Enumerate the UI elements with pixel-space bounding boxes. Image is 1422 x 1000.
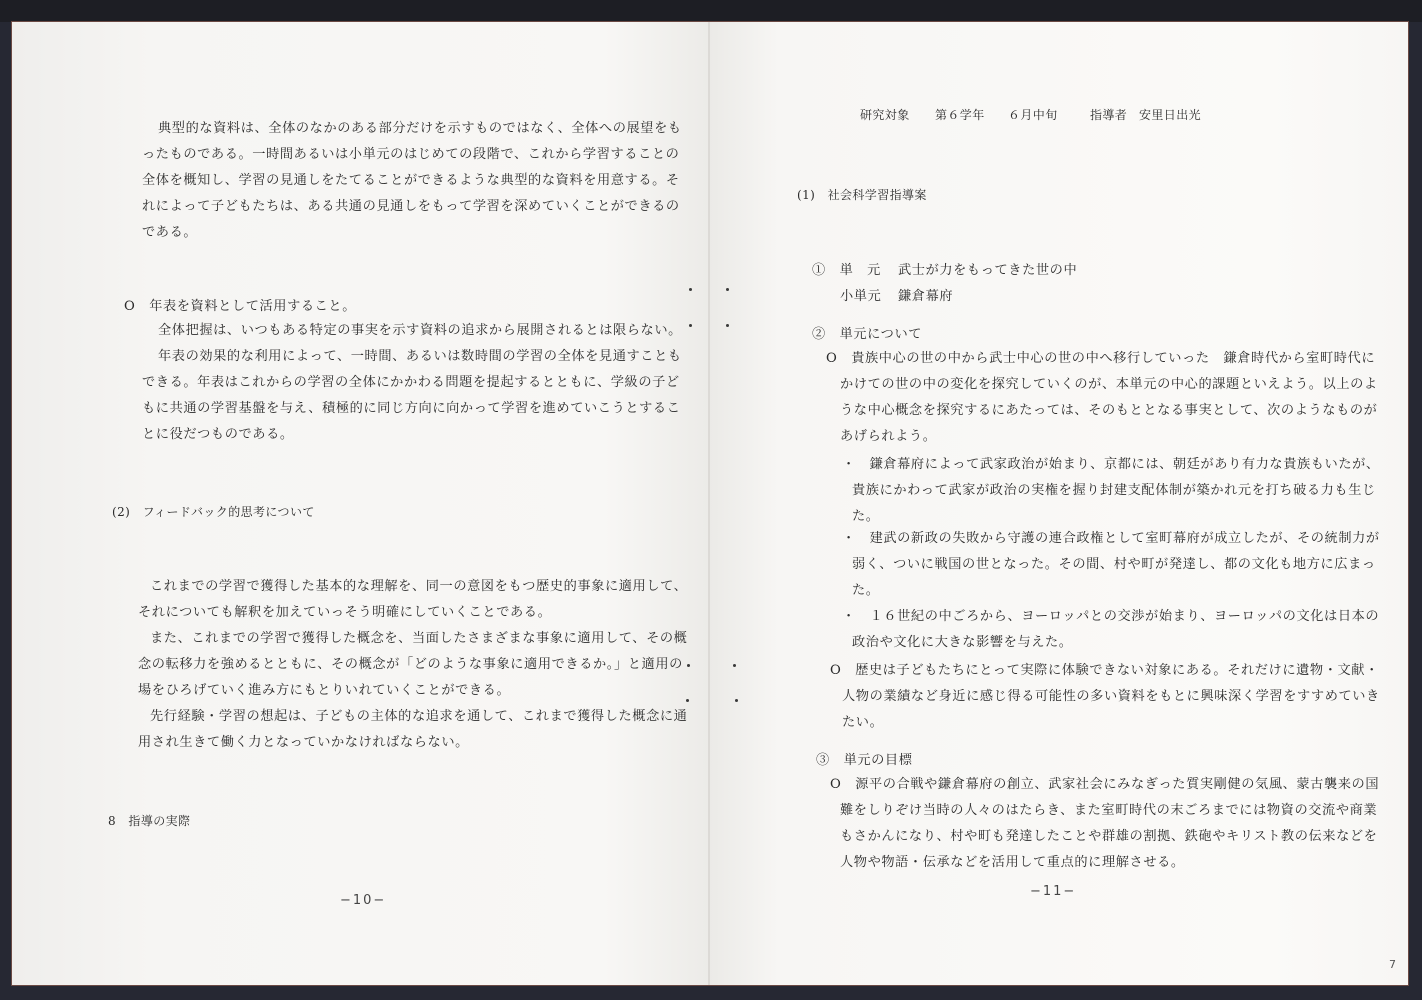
staple-hole xyxy=(735,699,738,702)
goals-line: もさかんになり、村や町も発達したことや群雄の割拠、鉄砲やキリスト教の伝来などを xyxy=(840,828,1377,846)
fact-line: 弱く、ついに戦国の世となった。その間、村や町が発達し、都の文化も地方に広まっ xyxy=(852,556,1376,574)
instructor-label: 指導者 xyxy=(1090,106,1127,124)
history-line: 人物の業績など身近に感じ得る可能性の多い資料をもとに興味深く学習をすすめていき xyxy=(842,688,1380,706)
about-line: かけての世の中の変化を探究していくのが、本単元の中心的課題といえよう。以上のよ xyxy=(840,376,1378,394)
page-number-left: −10− xyxy=(340,893,386,908)
staple-hole xyxy=(689,288,692,291)
instructor-name: 安里日出光 xyxy=(1139,106,1201,124)
history-line: O 歴史は子どもたちにとって実際に体験できない対象にある。それだけに遺物・文献・ xyxy=(830,662,1379,680)
sub-unit-value: 鎌倉幕府 xyxy=(898,288,953,306)
unit-label: ① 単 元 xyxy=(812,262,881,280)
para3-line: また、これまでの学習で獲得した概念を、当面したさまざまな事象に適用して、その概 xyxy=(150,630,687,648)
staple-hole xyxy=(726,288,729,291)
staple-hole xyxy=(726,324,729,327)
fact-line: ・ 建武の新政の失敗から守護の連合政権として室町幕府が成立したが、その統制力が xyxy=(842,530,1380,548)
about-line: うな中心概念を探究するにあたっては、そのもととなる事実として、次のようなものが xyxy=(840,402,1377,420)
section-heading-8: 8 指導の実際 xyxy=(108,812,190,830)
para1-line: れによって子どもたちは、ある共通の見通しをもって学習を深めていくことができるの xyxy=(142,198,680,216)
staple-hole xyxy=(687,664,690,667)
para2-line: とに役だつものである。 xyxy=(142,426,294,444)
para3-line: 念の転移力を強めるとともに、その概念が「どのような事象に適用できるか。」と適用の xyxy=(138,656,683,674)
sub-unit-label: 小単元 xyxy=(840,288,881,306)
fact-line: た。 xyxy=(852,582,880,600)
para3-line: 用され生きて働く力となっていかなければならない。 xyxy=(138,734,469,752)
scan-background xyxy=(0,0,1422,22)
fact-line: 貴族にかわって武家が政治の実権を握り封建支配体制が築かれ元を打ち破る力も生じ xyxy=(852,482,1376,500)
history-line: たい。 xyxy=(842,714,883,732)
fact-line: ・ 鎌倉幕府によって武家政治が始まり、京都には、朝廷があり有力な貴族もいたが、 xyxy=(842,456,1380,474)
grade: 第６学年 xyxy=(935,106,985,124)
period: ６月中旬 xyxy=(1008,106,1058,124)
target-label: 研究対象 xyxy=(860,106,910,124)
goals-line: 人物や物語・伝承などを活用して重点的に理解させる。 xyxy=(840,854,1185,872)
unit-value: 武士が力をもってきた世の中 xyxy=(898,262,1077,280)
corner-page-mark: 7 xyxy=(1389,958,1396,971)
staple-hole xyxy=(733,664,736,667)
staple-hole xyxy=(689,324,692,327)
para2-line: もに共通の学習基盤を与え、積極的に同じ方向に向かって学習を進めていこうとするこ xyxy=(142,400,681,418)
fact-line: た。 xyxy=(852,508,880,526)
para1-line: ったものである。一時間あるいは小単元のはじめての段階で、これから学習することの xyxy=(142,146,679,164)
para2-line: 全体把握は、いつもある特定の事実を示す資料の追求から展開されるとは限らない。 xyxy=(158,322,682,340)
para3-line: 場をひろげていく進み方にもとりいれていくことができる。 xyxy=(138,682,510,700)
fact-line: 政治や文化に大きな影響を与えた。 xyxy=(852,634,1073,652)
about-heading: ② 単元について xyxy=(812,326,922,344)
bullet-heading: O 年表を資料として活用すること。 xyxy=(124,298,356,316)
para2-line: 年表の効果的な利用によって、一時間、あるいは数時間の学習の全体を見通すことも xyxy=(158,348,682,366)
para3-line: 先行経験・学習の想起は、子どもの主体的な追求を通して、これまで獲得した概念に通 xyxy=(150,708,687,726)
para2-line: できる。年表はこれからの学習の全体にかかわる問題を提起するとともに、学級の子ど xyxy=(142,374,680,392)
goals-line: 難をしりぞけ当時の人々のはたらき、また室町時代の末ごろまでには物資の交流や商業 xyxy=(840,802,1377,820)
staple-hole xyxy=(686,699,689,702)
about-line: O 貴族中心の世の中から武士中心の世の中へ移行していった 鎌倉時代から室町時代に xyxy=(826,350,1375,368)
goals-line: O 源平の合戦や鎌倉幕府の創立、武家社会にみなぎった質実剛健の気風、蒙古襲来の国 xyxy=(830,776,1379,794)
section-heading-2: (2) フィードバック的思考について xyxy=(112,503,315,521)
goals-heading: ③ 単元の目標 xyxy=(816,752,913,770)
para3-line: これまでの学習で獲得した基本的な理解を、同一の意図をもつ歴史的事象に適用して、 xyxy=(150,578,687,596)
section-heading-1: (1) 社会科学習指導案 xyxy=(797,186,927,204)
page-number-right: −11− xyxy=(1030,884,1076,899)
para1-line: である。 xyxy=(142,224,197,242)
para3-line: それについても解釈を加えていっそう明確にしていくことである。 xyxy=(138,604,551,622)
about-line: あげられよう。 xyxy=(840,428,937,446)
book-spine xyxy=(708,22,710,985)
para1-line: 典型的な資料は、全体のなかのある部分だけを示すものではなく、全体への展望をも xyxy=(158,120,682,138)
para1-line: 全体を概知し、学習の見通しをたてることができるような典型的な資料を用意する。そ xyxy=(142,172,680,190)
fact-line: ・ １６世紀の中ごろから、ヨーロッパとの交渉が始まり、ヨーロッパの文化は日本の xyxy=(842,608,1379,626)
